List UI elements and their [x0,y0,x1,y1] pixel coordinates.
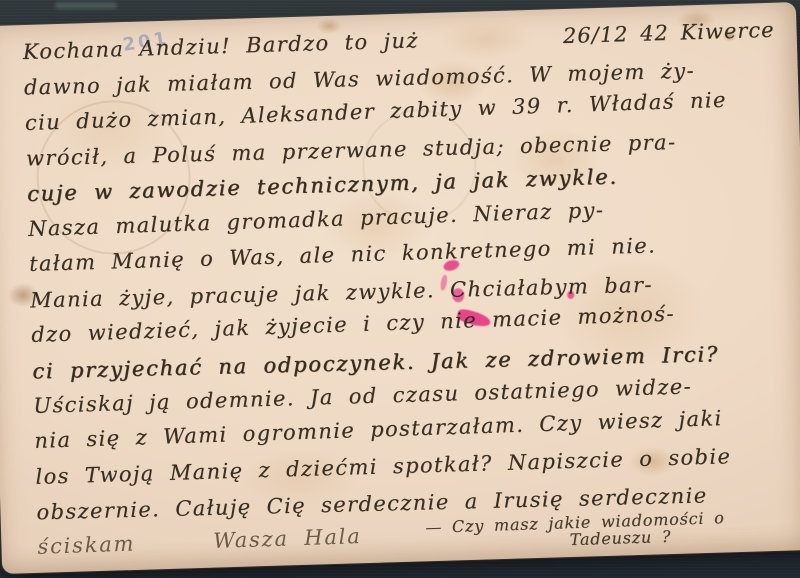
postcard: 201 Kochana Andziu! Bardzo to już 26/12 … [0,2,800,574]
postscript: — Czy masz jakie wiadomości o Tadeuszu ? [425,510,725,554]
signature: Wasza Hala [213,520,362,560]
handwritten-text: Kochana Andziu! Bardzo to już 26/12 42 K… [22,13,796,569]
scan-background: 201 Kochana Andziu! Bardzo to już 26/12 … [0,0,800,578]
closing-word: ściskam [37,527,136,566]
dateline: 26/12 42 Kiwerce [562,13,781,55]
scanner-label-mark [55,2,117,9]
